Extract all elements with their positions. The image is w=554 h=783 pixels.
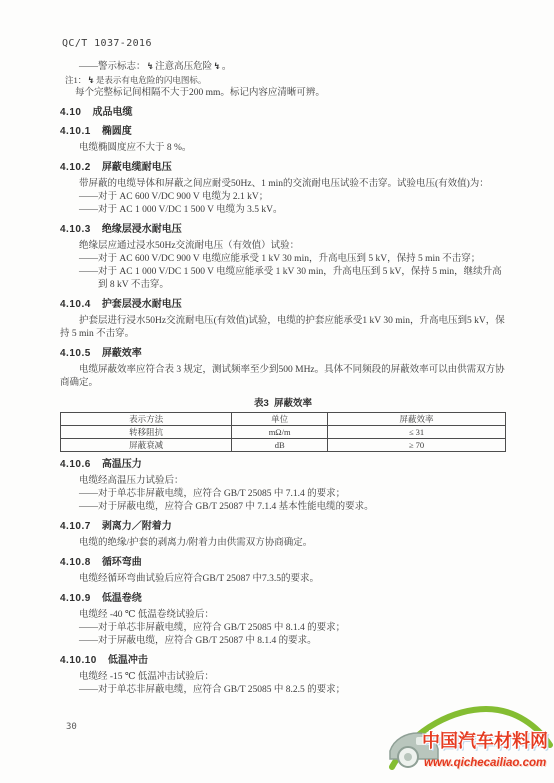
paragraph: 带屏蔽的电缆导体和屏蔽之间应耐受50Hz、1 min的交流耐电压试验不击穿。试验… xyxy=(60,178,506,191)
section-number: 4.10.6 xyxy=(60,459,91,470)
table-row: 转移阻抗 mΩ/m ≤ 31 xyxy=(61,426,506,439)
paragraph: 护套层进行浸水50Hz交流耐电压(有效值)试验，电缆的护套应能承受1 kV 30… xyxy=(60,315,506,341)
content: ——警示标志：↯注意高压危险↯。 注1：↯是表示有电危险的闪电图标。 每个完整标… xyxy=(60,60,506,697)
section-number: 4.10 xyxy=(60,107,81,118)
dash-item: ——对于屏蔽电缆，应符合 GB/T 25087 中 7.1.4 基本性能电缆的要… xyxy=(60,501,506,514)
note1-prefix: 注1： xyxy=(65,75,86,85)
dash-item: ——对于屏蔽电缆，应符合 GB/T 25087 中 8.1.4 的要求。 xyxy=(60,635,506,648)
cell-value: ≤ 31 xyxy=(327,426,505,439)
section-title: 剥离力／附着力 xyxy=(102,521,172,532)
watermark-logo: 中国汽车材料网 www.qichecailiao.com xyxy=(386,687,554,781)
section-number: 4.10.3 xyxy=(60,224,91,235)
section-title: 低温卷绕 xyxy=(102,593,142,604)
table-row: 屏蔽衰减 dB ≥ 70 xyxy=(61,439,506,452)
paragraph: 电缆屏蔽效率应符合表 3 规定，测试频率至少到500 MHz。具体不同频段的屏蔽… xyxy=(60,364,506,390)
paragraph: 电缆的绝缘/护套的剥离力/附着力由供需双方协商确定。 xyxy=(60,537,506,550)
paragraph: 电缆经高温压力试验后： xyxy=(60,475,506,488)
section-number: 4.10.9 xyxy=(60,593,91,604)
section-number: 4.10.1 xyxy=(60,126,91,137)
section-number: 4.10.7 xyxy=(60,521,91,532)
page-number: 30 xyxy=(66,722,77,732)
section-heading-4-10-2: 4.10.2屏蔽电缆耐电压 xyxy=(60,161,506,174)
dash-item: ——对于 AC 1 000 V/DC 1 500 V 电缆应能承受 1 kV 3… xyxy=(60,266,506,292)
cell-method: 转移阻抗 xyxy=(61,426,232,439)
section-heading-4-10-8: 4.10.8循环弯曲 xyxy=(60,556,506,569)
section-heading-4-10: 4.10成品电缆 xyxy=(60,106,506,119)
note1-line: 注1：↯是表示有电危险的闪电图标。 xyxy=(65,74,506,87)
paragraph: 电缆经 -40 ℃ 低温卷绕试验后： xyxy=(60,609,506,622)
dash-item: ——对于单芯非屏蔽电缆，应符合 GB/T 25085 中 8.1.4 的要求； xyxy=(60,622,506,635)
section-heading-4-10-10: 4.10.10低温冲击 xyxy=(60,654,506,667)
section-title: 椭圆度 xyxy=(102,126,132,137)
section-number: 4.10.8 xyxy=(60,557,91,568)
section-heading-4-10-4: 4.10.4护套层浸水耐电压 xyxy=(60,298,506,311)
warning-prefix: ——警示标志： xyxy=(79,62,146,72)
section-heading-4-10-3: 4.10.3绝缘层浸水耐电压 xyxy=(60,223,506,236)
warning-suffix: 。 xyxy=(222,62,232,72)
dash-item: ——对于 AC 600 V/DC 900 V 电缆为 2.1 kV； xyxy=(60,191,506,204)
logo-site-url: www.qichecailiao.com xyxy=(424,757,546,769)
scanned-standard-page: { "header": { "doc_number": "QC/T 1037-2… xyxy=(0,0,554,783)
warning-mark-line: ——警示标志：↯注意高压危险↯。 xyxy=(60,60,506,74)
section-title: 低温冲击 xyxy=(108,655,148,666)
logo-site-name: 中国汽车材料网 xyxy=(422,731,554,751)
marking-requirement-line: 每个完整标记间相隔不大于200 mm。标记内容应清晰可辨。 xyxy=(75,87,506,100)
col-header-efficiency: 屏蔽效率 xyxy=(327,413,505,426)
section-title: 高温压力 xyxy=(102,459,142,470)
col-header-unit: 单位 xyxy=(232,413,328,426)
paragraph: 绝缘层应通过浸水50Hz交流耐电压（有效值）试验： xyxy=(60,240,506,253)
section-heading-4-10-9: 4.10.9低温卷绕 xyxy=(60,592,506,605)
warning-text: 注意高压危险 xyxy=(155,62,212,72)
section-title: 绝缘层浸水耐电压 xyxy=(102,224,182,235)
note1-text: 是表示有电危险的闪电图标。 xyxy=(96,75,207,85)
section-heading-4-10-6: 4.10.6高温压力 xyxy=(60,458,506,471)
section-title: 循环弯曲 xyxy=(102,557,142,568)
dash-item: ——对于 AC 1 000 V/DC 1 500 V 电缆为 3.5 kV。 xyxy=(60,204,506,217)
table3-caption: 表3 屏蔽效率 xyxy=(60,395,506,409)
section-heading-4-10-5: 4.10.5屏蔽效率 xyxy=(60,347,506,360)
section-title: 护套层浸水耐电压 xyxy=(102,299,182,310)
cell-unit: mΩ/m xyxy=(232,426,328,439)
dash-item: ——对于单芯非屏蔽电缆，应符合 GB/T 25085 中 7.1.4 的要求； xyxy=(60,488,506,501)
section-number: 4.10.2 xyxy=(60,162,91,173)
lightning-icon: ↯ xyxy=(212,61,222,71)
table-header-row: 表示方法 单位 屏蔽效率 xyxy=(61,413,506,426)
doc-number: QC/T 1037-2016 xyxy=(62,38,152,49)
cell-value: ≥ 70 xyxy=(327,439,505,452)
section-title: 成品电缆 xyxy=(92,107,132,118)
section-number: 4.10.5 xyxy=(60,348,91,359)
section-heading-4-10-7: 4.10.7剥离力／附着力 xyxy=(60,520,506,533)
section-title: 屏蔽电缆耐电压 xyxy=(102,162,172,173)
cell-method: 屏蔽衰减 xyxy=(61,439,232,452)
paragraph: 电缆椭圆度应不大于 8 %。 xyxy=(60,142,506,155)
paragraph: 电缆经循环弯曲试验后应符合GB/T 25087 中7.3.5的要求。 xyxy=(60,573,506,586)
lightning-icon: ↯ xyxy=(146,61,156,71)
section-heading-4-10-1: 4.10.1椭圆度 xyxy=(60,125,506,138)
paragraph: 电缆经 -15 ℃ 低温冲击试验后： xyxy=(60,671,506,684)
dash-item: ——对于 AC 600 V/DC 900 V 电缆应能承受 1 kV 30 mi… xyxy=(60,253,506,266)
lightning-icon: ↯ xyxy=(86,75,96,85)
table3-shielding-efficiency: 表示方法 单位 屏蔽效率 转移阻抗 mΩ/m ≤ 31 屏蔽衰减 dB ≥ 70 xyxy=(60,412,506,452)
col-header-method: 表示方法 xyxy=(61,413,232,426)
cell-unit: dB xyxy=(232,439,328,452)
section-number: 4.10.4 xyxy=(60,299,91,310)
section-title: 屏蔽效率 xyxy=(102,348,142,359)
section-number: 4.10.10 xyxy=(60,655,97,666)
